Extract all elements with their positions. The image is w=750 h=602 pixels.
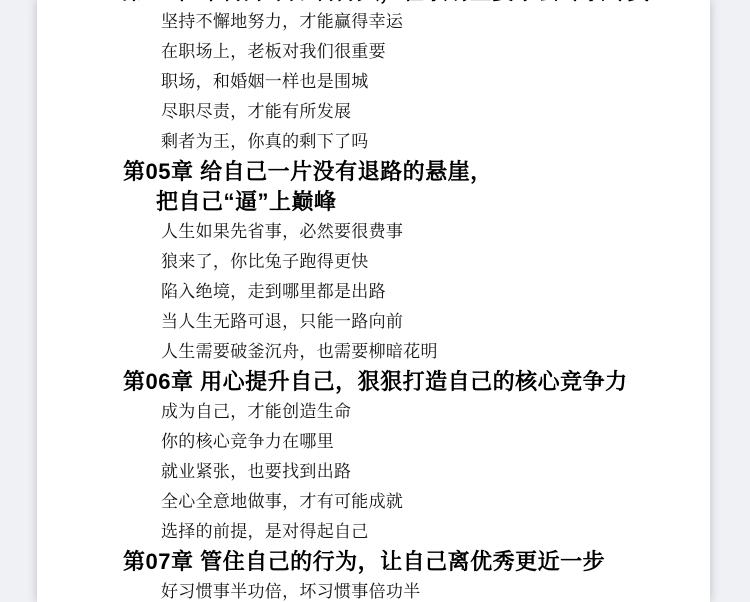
toc-item: 选择的前提，是对得起自己 [37, 517, 710, 547]
toc-item: 人生如果先省事，必然要很费事 [37, 217, 710, 247]
toc-item: 好习惯事半功倍，坏习惯事倍功半 [37, 577, 710, 602]
toc-item: 人生需要破釜沉舟，也需要柳暗花明 [37, 337, 710, 367]
toc-item: 在职场上，老板对我们很重要 [37, 37, 710, 67]
chapter-heading-continuation: 把自己“逼”上巅峰 [37, 187, 710, 217]
toc-item: 全心全意地做事，才有可能成就 [37, 487, 710, 517]
toc-item: 尽职尽责，才能有所发展 [37, 97, 710, 127]
toc-item: 你的核心竞争力在哪里 [37, 427, 710, 457]
toc-item: 狼来了，你比兔子跑得更快 [37, 247, 710, 277]
table-of-contents: 第04章 干得好不如剩得久，在职场上要学会尽职尽责 坚持不懈地努力，才能赢得幸运… [37, 0, 710, 602]
content-page: 第04章 干得好不如剩得久，在职场上要学会尽职尽责 坚持不懈地努力，才能赢得幸运… [37, 0, 710, 602]
toc-item: 剩者为王，你真的剩下了吗 [37, 127, 710, 157]
chapter-heading: 第06章 用心提升自己，狠狠打造自己的核心竞争力 [37, 367, 710, 397]
toc-item: 坚持不懈地努力，才能赢得幸运 [37, 7, 710, 37]
chapter-heading: 第05章 给自己一片没有退路的悬崖， [37, 157, 710, 187]
toc-item: 当人生无路可退，只能一路向前 [37, 307, 710, 337]
chapter-heading-clipped: 第04章 干得好不如剩得久，在职场上要学会尽职尽责 [37, 0, 710, 7]
toc-item: 陷入绝境，走到哪里都是出路 [37, 277, 710, 307]
chapter-heading: 第07章 管住自己的行为，让自己离优秀更近一步 [37, 547, 710, 577]
toc-item: 职场，和婚姻一样也是围城 [37, 67, 710, 97]
toc-item: 成为自己，才能创造生命 [37, 397, 710, 427]
toc-item: 就业紧张，也要找到出路 [37, 457, 710, 487]
